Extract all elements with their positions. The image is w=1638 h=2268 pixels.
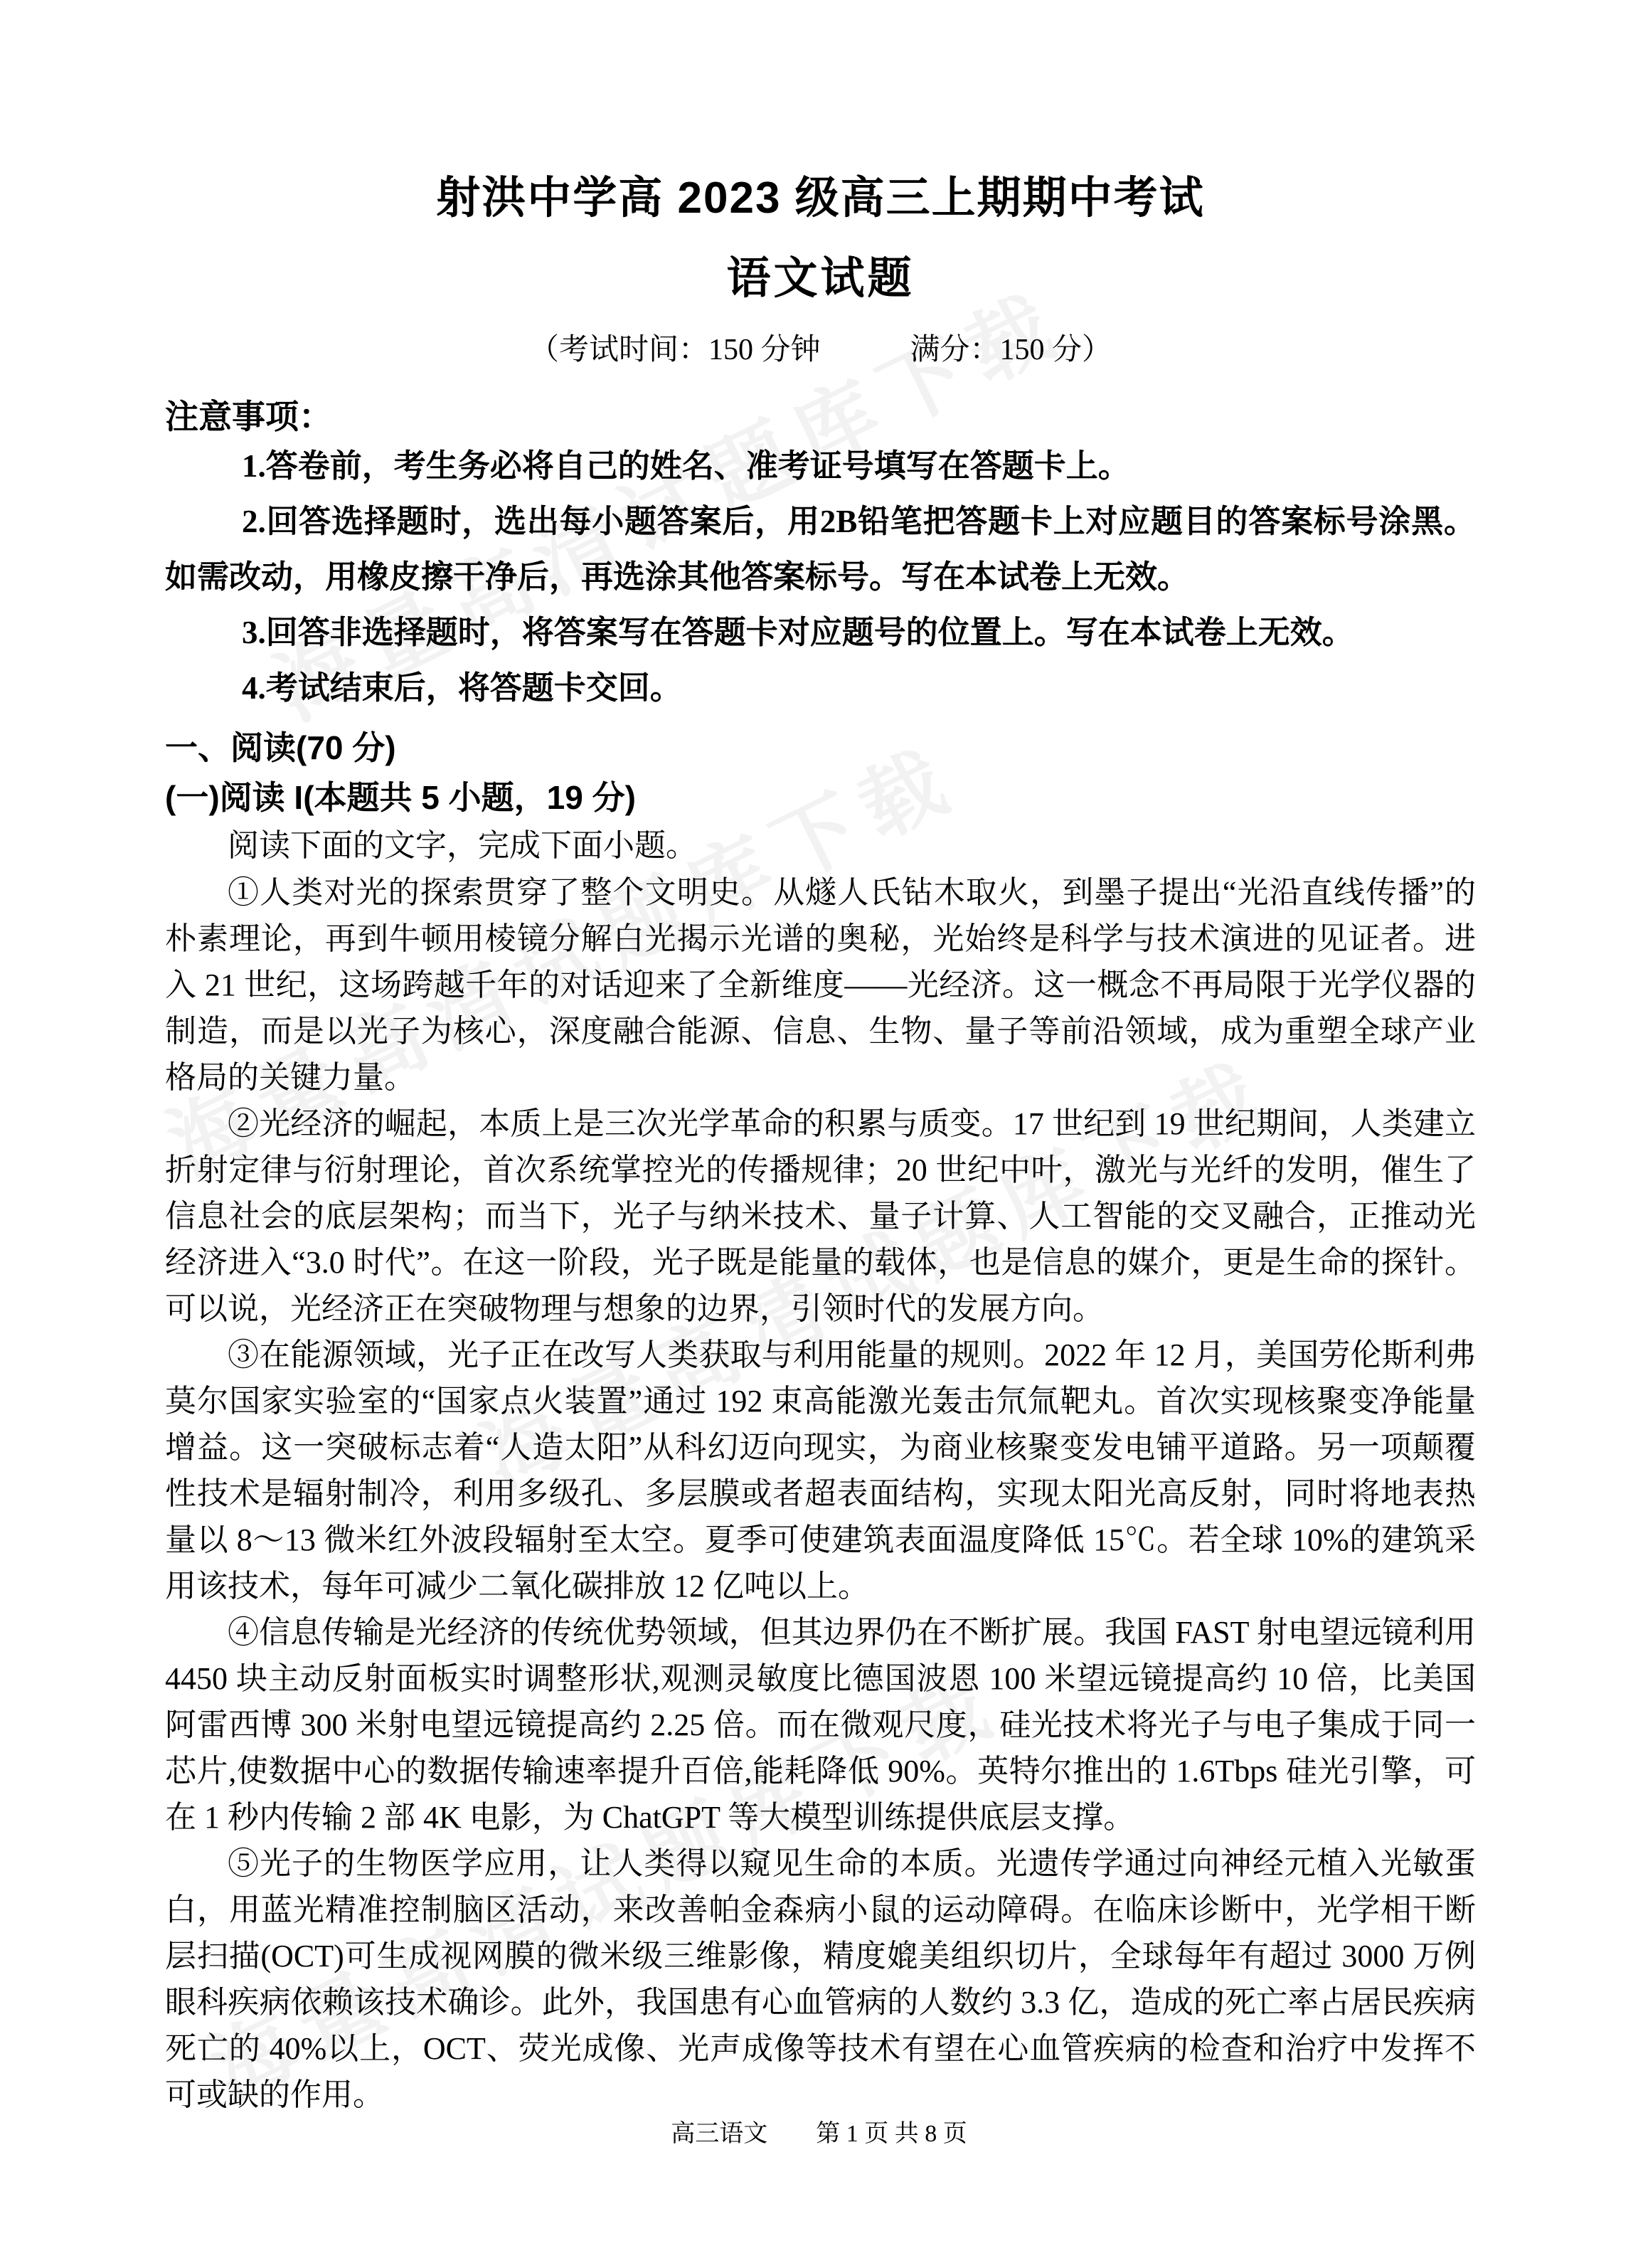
notice-item-4: 4.考试结束后，将答题卡交回。 — [165, 660, 1476, 716]
passage-paragraph-3: ③在能源领域，光子正在改写人类获取与利用能量的规则。2022 年 12 月，美国… — [165, 1332, 1476, 1609]
notice-list: 1.答卷前，考生务必将自己的姓名、准考证号填写在答题卡上。 2.回答选择题时，选… — [165, 438, 1476, 716]
section-heading-reading: 一、阅读(70 分) — [165, 723, 1476, 773]
subsection-heading-reading-1: (一)阅读 I(本题共 5 小题，19 分) — [165, 773, 1476, 822]
exam-paper-page: 海量高清试题库下载 海量高清试题库下载 海量高清试题库下载 海量高清试题库下载 … — [0, 0, 1638, 2268]
passage-paragraph-5: ⑤光子的生物医学应用，让人类得以窥见生命的本质。光遗传学通过向神经元植入光敏蛋白… — [165, 1840, 1476, 2118]
passage-paragraph-4: ④信息传输是光经济的传统优势领域，但其边界仍在不断扩展。我国 FAST 射电望远… — [165, 1609, 1476, 1840]
page-content: 射洪中学高 2023 级高三上期期中考试 语文试题 （考试时间：150 分钟 满… — [0, 0, 1638, 2118]
notice-item-2: 2.回答选择题时，选出每小题答案后，用2B铅笔把答题卡上对应题目的答案标号涂黑。… — [165, 494, 1476, 605]
passage-instruction: 阅读下面的文字，完成下面小题。 — [165, 822, 1476, 869]
notice-item-1: 1.答卷前，考生务必将自己的姓名、准考证号填写在答题卡上。 — [165, 438, 1476, 494]
reading-passage: ①人类对光的探索贯穿了整个文明史。从燧人氏钻木取火，到墨子提出“光沿直线传播”的… — [165, 869, 1476, 2118]
paper-subject-title: 语文试题 — [165, 253, 1476, 304]
notice-item-3: 3.回答非选择题时，将答案写在答题卡对应题号的位置上。写在本试卷上无效。 — [165, 605, 1476, 660]
page-footer: 高三语文 第 1 页 共 8 页 — [0, 2114, 1638, 2148]
notice-heading: 注意事项： — [165, 396, 1476, 438]
passage-paragraph-2: ②光经济的崛起，本质上是三次光学革命的积累与质变。17 世纪到 19 世纪期间，… — [165, 1101, 1476, 1332]
exam-info-line: （考试时间：150 分钟 满分：150 分） — [165, 332, 1476, 369]
exam-title: 射洪中学高 2023 级高三上期期中考试 — [165, 172, 1476, 225]
passage-paragraph-1: ①人类对光的探索贯穿了整个文明史。从燧人氏钻木取火，到墨子提出“光沿直线传播”的… — [165, 869, 1476, 1101]
